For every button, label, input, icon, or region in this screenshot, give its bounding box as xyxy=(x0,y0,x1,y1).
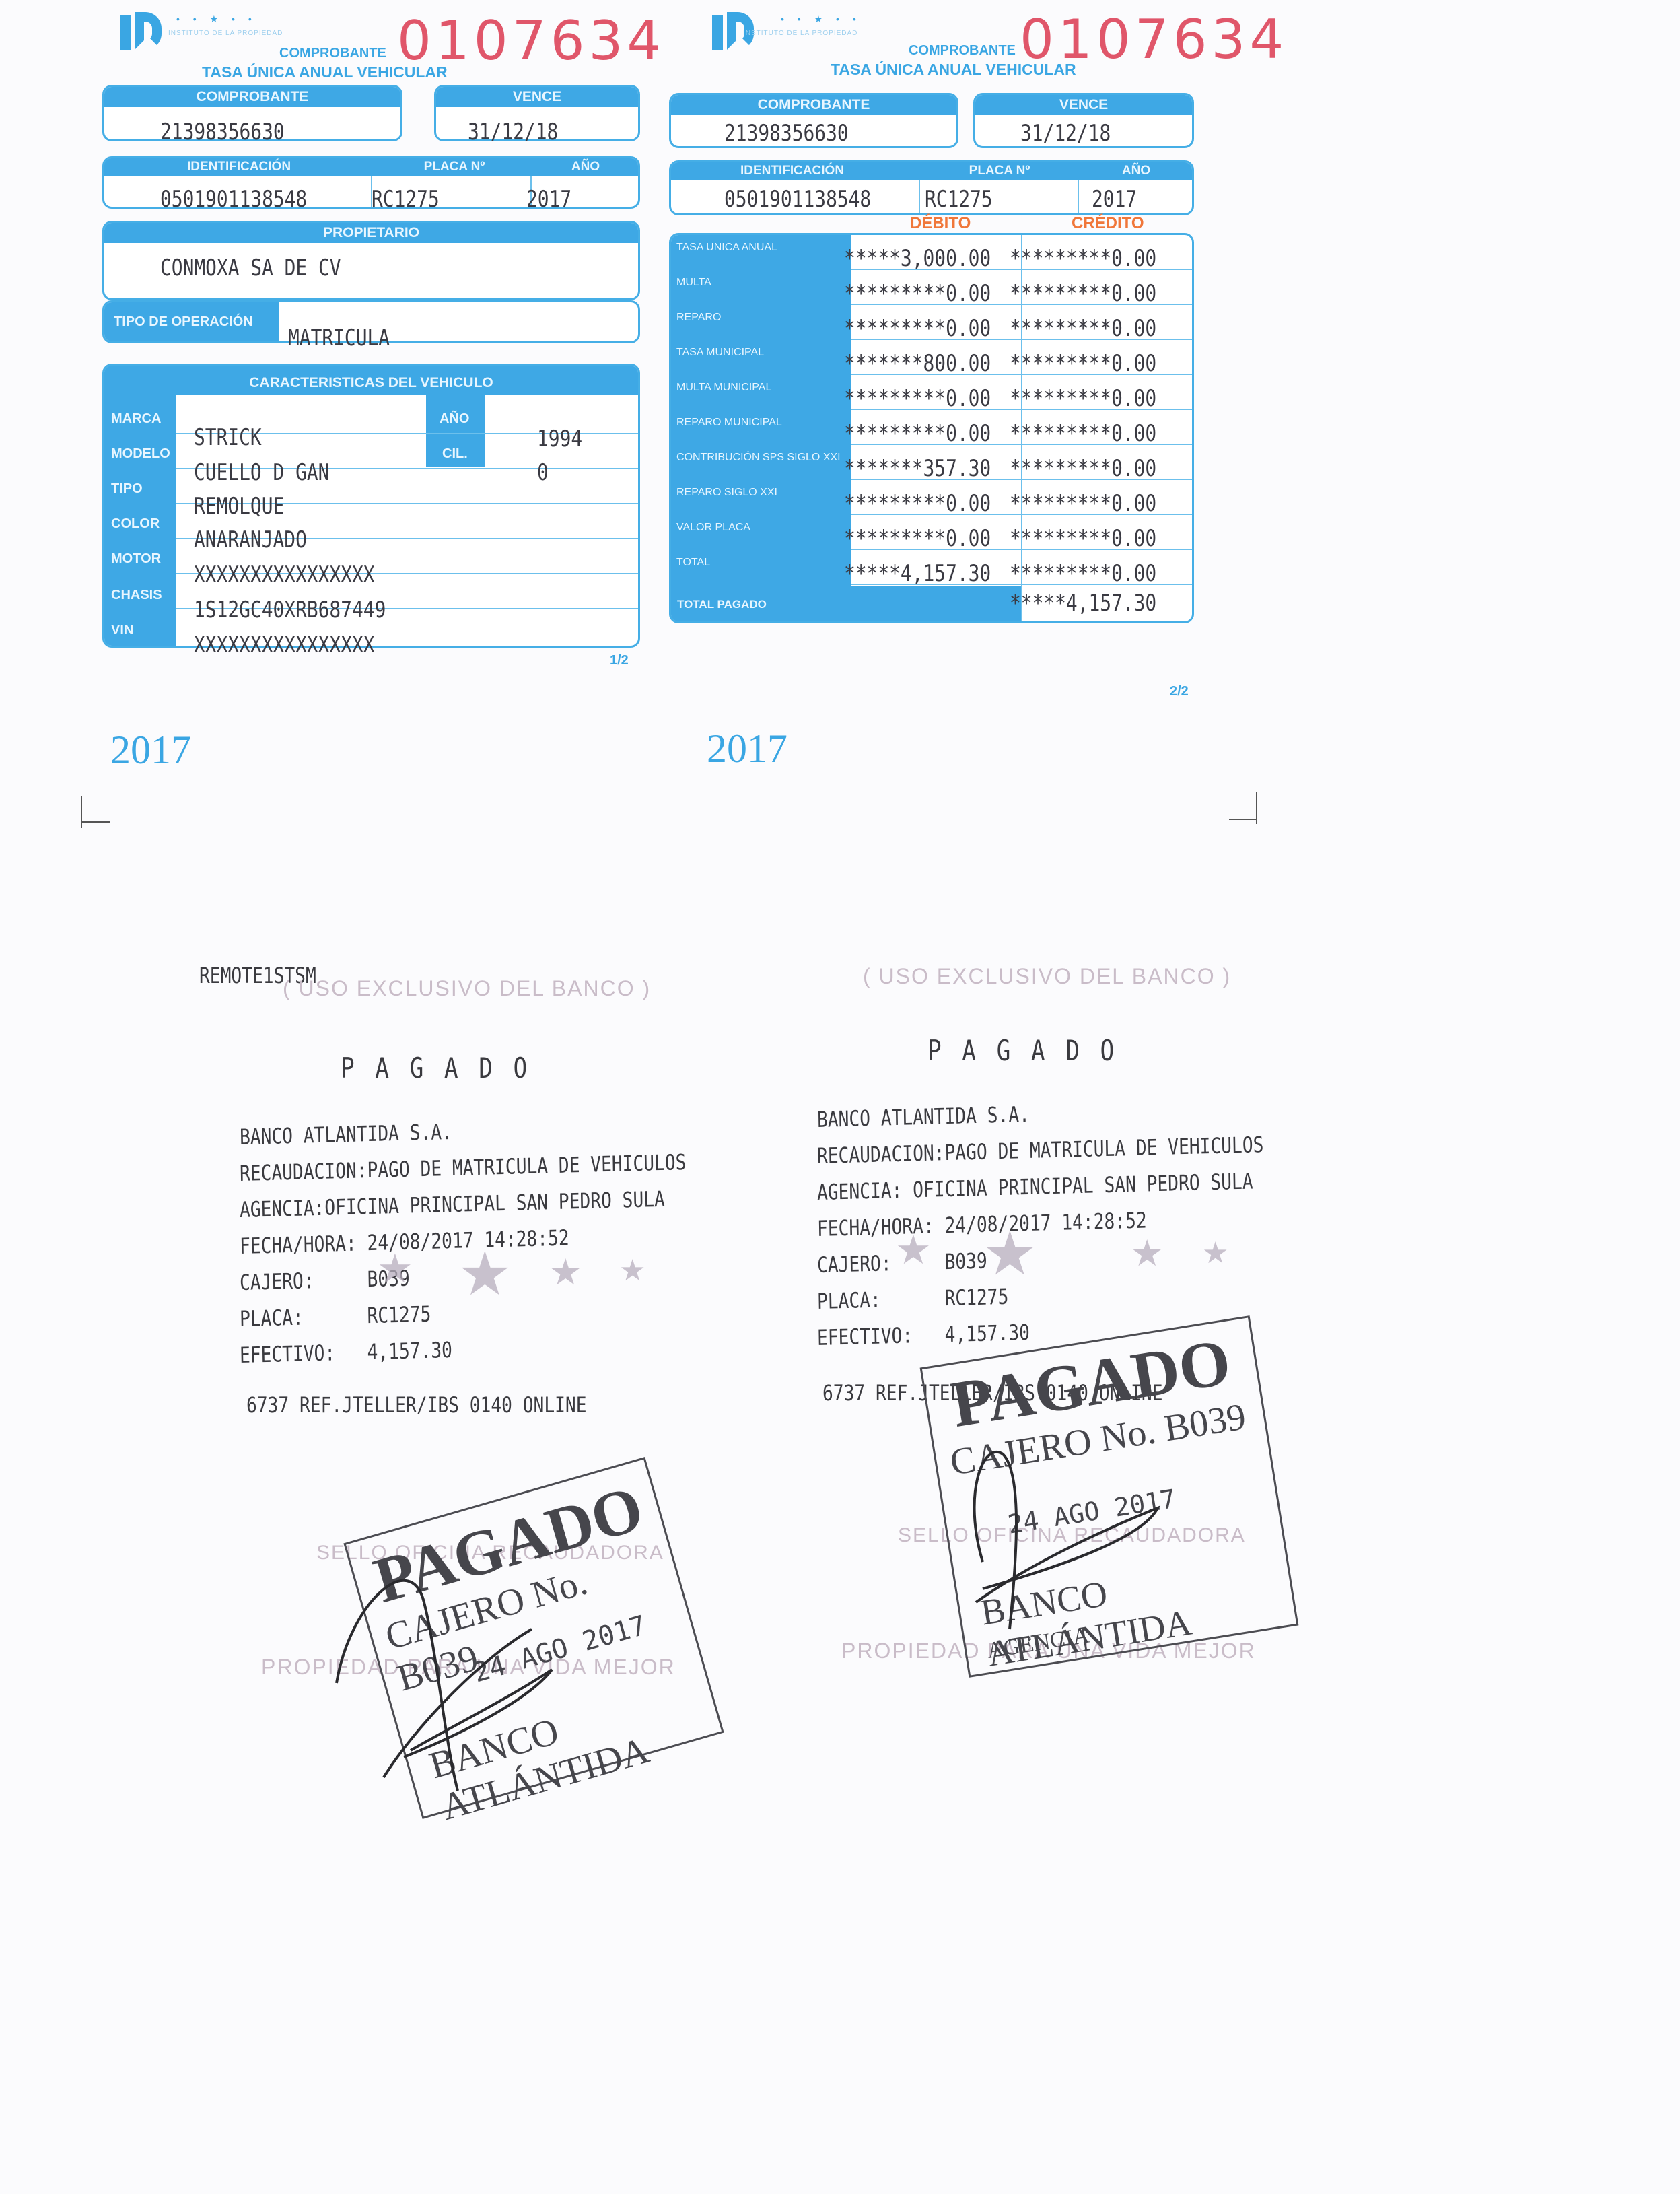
modelo-label: MODELO xyxy=(111,446,170,462)
chasis-value: 1S12GC40XRB687449 xyxy=(194,596,386,623)
ledger-credito: *********0.00 xyxy=(1010,385,1156,412)
ledger-debito: *********0.00 xyxy=(844,280,991,307)
ledger-label: TASA MUNICIPAL xyxy=(676,347,764,359)
validation-line: AGENCIA: OFICINA PRINCIPAL SAN PEDRO SUL… xyxy=(817,1168,1253,1205)
institution-name: INSTITUTO DE LA PROPIEDAD xyxy=(743,30,858,37)
anio-label: AÑO xyxy=(1086,162,1187,180)
crop-mark xyxy=(1229,819,1257,820)
signature-icon xyxy=(942,1400,1198,1643)
propietario-label: PROPIETARIO xyxy=(104,223,638,243)
ledger-credito: *********0.00 xyxy=(1010,525,1156,552)
identificacion-value: 0501901138548 xyxy=(160,186,307,213)
validation-line: BANCO ATLANTIDA S.A. xyxy=(240,1119,453,1150)
ledger-label: TASA UNICA ANUAL xyxy=(676,242,777,254)
ledger-credito: *********0.00 xyxy=(1010,245,1156,272)
institution-name: INSTITUTO DE LA PROPIEDAD xyxy=(168,30,283,37)
validation-line: RECAUDACION:PAGO DE MATRICULA DE VEHICUL… xyxy=(817,1132,1264,1169)
credito-header: CRÉDITO xyxy=(1072,214,1144,233)
chasis-label: CHASIS xyxy=(111,588,162,603)
star-icon: ★ xyxy=(983,1219,1037,1289)
ledger-debito: *********0.00 xyxy=(844,385,991,412)
ledger-credito: *********0.00 xyxy=(1010,560,1156,587)
tipo-value: REMOLQUE xyxy=(194,493,284,520)
star-icon: ★ xyxy=(1131,1232,1163,1274)
ledger-label: CONTRIBUCIÓN SPS SIGLO XXI xyxy=(676,452,841,464)
crop-mark xyxy=(81,796,82,828)
color-label: COLOR xyxy=(111,516,160,532)
identificacion-label: IDENTIFICACIÓN xyxy=(671,162,913,180)
validation-line: EFECTIVO: 4,157.30 xyxy=(240,1337,453,1368)
validation-line: PLACA: RC1275 xyxy=(817,1284,1009,1314)
year-watermark-1: 2017 xyxy=(110,727,191,774)
comprobante-label: COMPROBANTE xyxy=(671,95,956,115)
vence-label: VENCE xyxy=(975,95,1192,115)
ledger-debito: *******800.00 xyxy=(844,350,991,377)
validation-line: FECHA/HORA: 24/08/2017 14:28:52 xyxy=(817,1207,1147,1241)
year-watermark-2: 2017 xyxy=(707,726,788,772)
ledger-label: VALOR PLACA xyxy=(676,522,750,534)
ledger-credito: *********0.00 xyxy=(1010,280,1156,307)
page-indicator-1: 1/2 xyxy=(610,653,629,669)
star-icon: ★ xyxy=(458,1239,512,1309)
ledger-credito: *********0.00 xyxy=(1010,490,1156,517)
validation-line: PLACA: RC1275 xyxy=(240,1301,431,1332)
stars-icon: • • ★ • • xyxy=(781,13,862,25)
ledger-debito: *****3,000.00 xyxy=(844,245,991,272)
vin-value: XXXXXXXXXXXXXXXX xyxy=(194,631,375,658)
signature-icon xyxy=(310,1521,687,1804)
star-icon: ★ xyxy=(549,1251,582,1293)
ledger-debito: *********0.00 xyxy=(844,490,991,517)
ledger-debito: *****4,157.30 xyxy=(844,560,991,587)
tipo-label: TIPO xyxy=(111,481,143,497)
identificacion-label: IDENTIFICACIÓN xyxy=(104,158,374,176)
page-indicator-2: 2/2 xyxy=(1170,684,1189,699)
validation-line: RECAUDACION:PAGO DE MATRICULA DE VEHICUL… xyxy=(240,1149,687,1186)
crop-mark xyxy=(81,821,110,823)
marca-label: MARCA xyxy=(111,411,161,427)
comprobante-label: COMPROBANTE xyxy=(104,87,400,107)
comprobante-value: 21398356630 xyxy=(160,118,285,145)
paid-status: P A G A D O xyxy=(341,1052,530,1085)
propietario-value: CONMOXA SA DE CV xyxy=(160,254,341,281)
validation-line: AGENCIA:OFICINA PRINCIPAL SAN PEDRO SULA xyxy=(240,1186,665,1223)
tipo-operacion-label: TIPO DE OPERACIÓN xyxy=(114,314,253,330)
ledger-credito: *********0.00 xyxy=(1010,315,1156,342)
vence-label: VENCE xyxy=(436,87,638,107)
ledger-credito: *********0.00 xyxy=(1010,350,1156,377)
ledger-debito: *******357.30 xyxy=(844,455,991,482)
vence-value: 31/12/18 xyxy=(1020,120,1111,147)
caracteristicas-title: CARACTERISTICAS DEL VEHICULO xyxy=(104,375,638,391)
comprobante-caption: COMPROBANTE xyxy=(279,46,386,61)
document-title: TASA ÚNICA ANUAL VEHICULAR xyxy=(831,61,1076,79)
cil-label: CIL. xyxy=(442,446,468,462)
ledger-credito: *********0.00 xyxy=(1010,455,1156,482)
ledger-label: REPARO MUNICIPAL xyxy=(676,417,782,429)
bank-exclusive-label: ( USO EXCLUSIVO DEL BANCO ) xyxy=(283,976,651,1001)
star-icon: ★ xyxy=(1202,1236,1228,1270)
identificacion-value: 0501901138548 xyxy=(724,186,871,213)
transaction-ref: 6737 REF.JTELLER/IBS 0140 ONLINE xyxy=(246,1392,587,1418)
bank-exclusive-label: ( USO EXCLUSIVO DEL BANCO ) xyxy=(863,964,1231,989)
ip-logo-icon xyxy=(116,9,168,54)
ledger-label: TOTAL xyxy=(676,557,710,569)
ledger-label: REPARO xyxy=(676,312,721,324)
anio-fab-value: 1994 xyxy=(537,425,582,452)
ledger-debito: *********0.00 xyxy=(844,525,991,552)
star-icon: ★ xyxy=(377,1245,413,1293)
stars-icon: • • ★ • • xyxy=(176,13,257,25)
motor-value: XXXXXXXXXXXXXXXX xyxy=(194,561,375,588)
placa-value: RC1275 xyxy=(372,186,440,213)
comprobante-value: 21398356630 xyxy=(724,120,849,147)
anio-value: 2017 xyxy=(526,186,571,213)
color-value: ANARANJADO xyxy=(194,526,307,553)
debito-header: DÉBITO xyxy=(910,214,971,233)
vence-value: 31/12/18 xyxy=(468,118,558,145)
ledger-debito: *********0.00 xyxy=(844,315,991,342)
ledger-label: MULTA xyxy=(676,277,711,289)
star-icon: ★ xyxy=(895,1227,932,1274)
ledger-label: MULTA MUNICIPAL xyxy=(676,382,771,394)
anio-label: AÑO xyxy=(535,158,636,176)
validation-line: EFECTIVO: 4,157.30 xyxy=(817,1319,1030,1350)
total-pagado-value: *****4,157.30 xyxy=(1010,590,1156,617)
ledger-credito: *********0.00 xyxy=(1010,420,1156,447)
comprobante-caption: COMPROBANTE xyxy=(909,43,1016,59)
anio-fab-label: AÑO xyxy=(440,411,469,427)
anio-value: 2017 xyxy=(1092,186,1137,213)
placa-label: PLACA Nº xyxy=(913,162,1086,180)
marca-value: STRICK xyxy=(194,424,262,451)
placa-label: PLACA Nº xyxy=(374,158,535,176)
vin-label: VIN xyxy=(111,623,133,638)
placa-value: RC1275 xyxy=(925,186,993,213)
ledger-label: REPARO SIGLO XXI xyxy=(676,487,777,499)
modelo-value: CUELLO D GAN xyxy=(194,459,329,486)
cil-value: 0 xyxy=(537,459,549,486)
document-title: TASA ÚNICA ANUAL VEHICULAR xyxy=(202,63,448,81)
paid-status: P A G A D O xyxy=(928,1034,1117,1067)
ledger-debito: *********0.00 xyxy=(844,420,991,447)
validation-line: BANCO ATLANTIDA S.A. xyxy=(817,1101,1030,1132)
motor-label: MOTOR xyxy=(111,551,161,567)
total-pagado-label: TOTAL PAGADO xyxy=(677,598,767,611)
star-icon: ★ xyxy=(619,1254,645,1288)
tipo-operacion-value: MATRICULA xyxy=(288,324,390,351)
